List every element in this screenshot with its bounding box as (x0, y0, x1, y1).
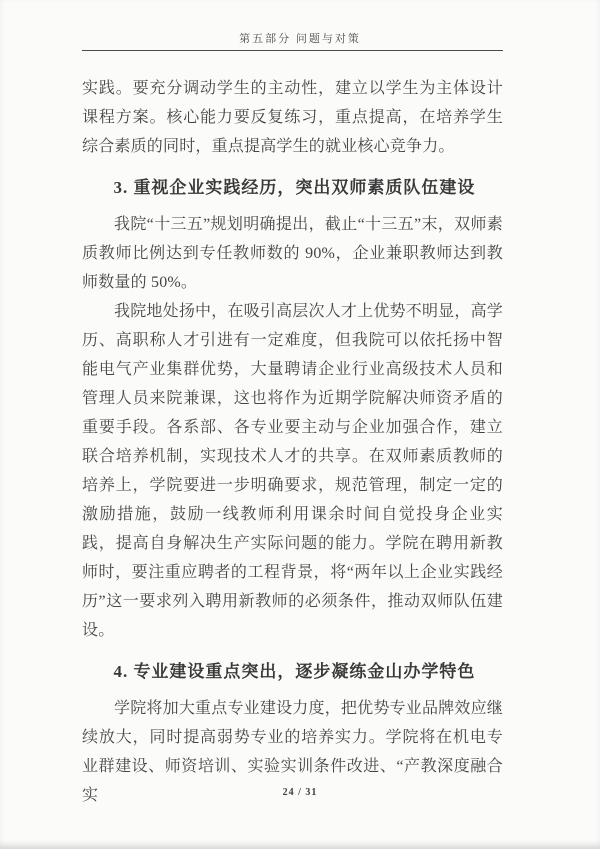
document-page: 第五部分 问题与对策 实践。要充分调动学生的主动性，建立以学生为主体设计课程方案… (0, 0, 600, 849)
section-3-heading: 3. 重视企业实践经历，突出双师素质队伍建设 (82, 173, 503, 202)
document-body: 实践。要充分调动学生的主动性，建立以学生为主体设计课程方案。核心能力要反复练习，… (82, 74, 503, 810)
page-footer: 24 / 31 (0, 782, 600, 849)
header-rule-line (82, 50, 503, 51)
section-3-paragraph: 我院“十三五”规划明确提出，截止“十三五”末，双师素质教师比例达到专任教师数的 … (82, 210, 503, 297)
paragraph-continuation: 实践。要充分调动学生的主动性，建立以学生为主体设计课程方案。核心能力要反复练习，… (82, 74, 503, 161)
section-4-heading: 4. 专业建设重点突出，逐步凝练金山办学特色 (82, 657, 503, 686)
section-3-paragraph: 我院地处扬中，在吸引高层次人才上优势不明显，高学历、高职称人才引进有一定难度，但… (82, 297, 503, 645)
running-header-title: 第五部分 问题与对策 (0, 30, 600, 46)
page-number: 24 / 31 (283, 787, 318, 798)
